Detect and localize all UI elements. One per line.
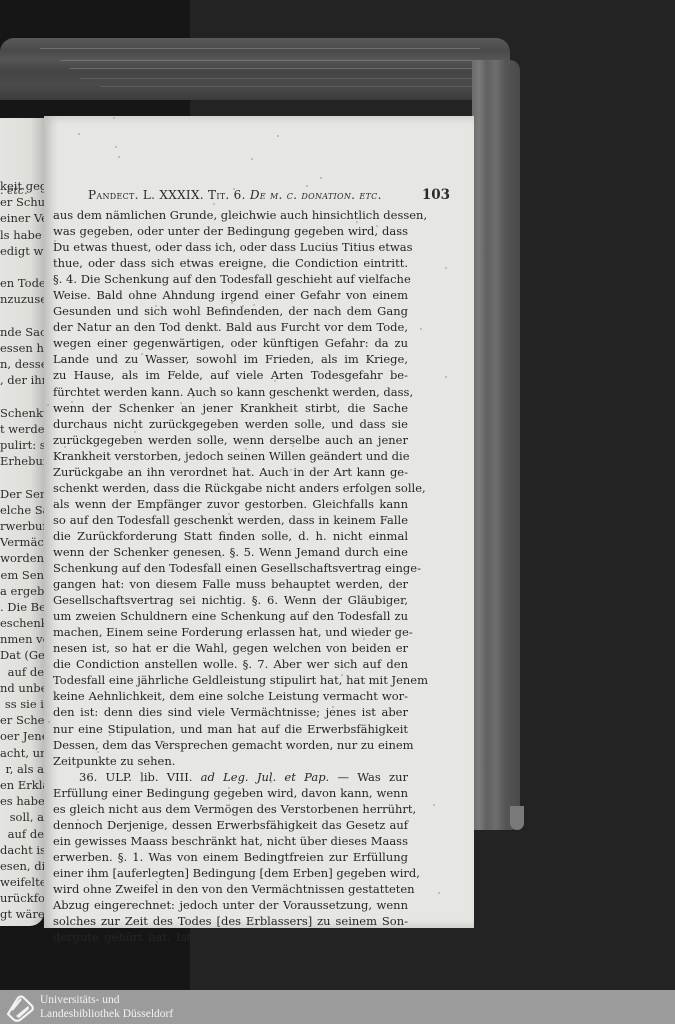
left-text-line: auf de: [0, 664, 44, 680]
page-number: 103: [422, 187, 450, 203]
text-line: machen, Einem seine Forderung erlassen h…: [53, 624, 408, 640]
text-line: fürchtet werden kann. Auch so kann gesch…: [53, 384, 408, 400]
left-text-line: t werde: [0, 421, 44, 437]
paper-speck: [405, 891, 407, 893]
left-text-line: keit gege: [0, 178, 44, 194]
library-footer-bar: Universitäts- und Landesbibliothek Düsse…: [0, 990, 675, 1024]
paper-speck: [71, 401, 73, 403]
left-text-line: auf de: [0, 826, 44, 842]
left-text-line: es habe: [0, 793, 44, 809]
paper-speck: [250, 565, 252, 567]
paper-speck: [326, 341, 328, 343]
text-line: Krankheit verstorben, jedoch seinen Will…: [53, 448, 408, 464]
left-text-line: em Sen: [0, 567, 44, 583]
text-line: Todesfall eine jährliche Geldleistung st…: [53, 672, 408, 688]
text-line: solches zur Zeit des Todes [des Erblasse…: [53, 913, 408, 929]
paper-speck: [420, 328, 422, 330]
paper-speck: [332, 706, 334, 708]
left-page-text: keit gegeer Schuldeiner Verls habe eedig…: [0, 178, 44, 923]
left-text-line: , der ihm: [0, 372, 44, 388]
text-line: es gleich nicht aus dem Vermögen des Ver…: [53, 801, 408, 817]
text-line: wenn der Schenker an jener Krankheit sti…: [53, 400, 408, 416]
paper-speck: [97, 751, 99, 753]
paper-speck: [270, 781, 272, 783]
text-line: Gesellschaftsvertrag sei nichtig. §. 6. …: [53, 592, 408, 608]
paper-speck: [277, 135, 279, 137]
text-line: dergute gehört hat. Ist dasselbe hingege…: [53, 929, 408, 945]
paper-speck: [445, 267, 447, 269]
left-text-line: [0, 388, 44, 404]
text-line: ein gewisses Maass beschränkt hat, nicht…: [53, 833, 408, 849]
text-line: aus dem nämlichen Grunde, gleichwie auch…: [53, 207, 408, 223]
text-line: nesen ist, so hat er die Wahl, gegen wel…: [53, 640, 408, 656]
text-line: als wenn der Empfänger zuvor gestorben. …: [53, 496, 408, 512]
left-text-line: a ergebe: [0, 583, 44, 599]
left-text-line: en Erklä: [0, 777, 44, 793]
left-text-line: pulirt: s: [0, 437, 44, 453]
left-text-line: nzuzusehe: [0, 291, 44, 307]
text-line: Du etwas thuest, oder dass ich, oder das…: [53, 239, 408, 255]
text-line: Weise. Bald ohne Ahndung irgend einer Ge…: [53, 287, 408, 303]
text-line: Gesunden und sich wohl Befindenden, der …: [53, 303, 408, 319]
text-line: schenkt werden, dass die Rückgabe nicht …: [53, 480, 408, 496]
ulb-book-logo-icon: [2, 990, 36, 1024]
left-text-line: . Die Be: [0, 599, 44, 615]
text-line: Zeitpunkte zu sehen.: [53, 753, 408, 769]
text-line: zu Hause, als im Felde, auf viele Arten …: [53, 367, 408, 383]
left-text-line: soll, a: [0, 809, 44, 825]
left-text-line: ss sie i: [0, 696, 44, 712]
text-line: wenn der Schenker genesen. §. 5. Wenn Je…: [53, 544, 408, 560]
paper-speck: [330, 634, 332, 636]
paper-speck: [115, 146, 117, 148]
left-text-line: elche Sa: [0, 502, 44, 518]
left-text-line: worden: [0, 550, 44, 566]
text-line: thue, oder dass sich etwas ereigne, die …: [53, 255, 408, 271]
left-text-line: er Schuld: [0, 194, 44, 210]
right-page: Pandect. L. XXXIX. Tit. 6. De m. c. dona…: [44, 116, 474, 928]
text-line: 36. ULP. lib. VIII. ad Leg. Jul. et Pap.…: [53, 769, 408, 785]
text-line: so auf den Todesfall geschenkt werden, d…: [53, 512, 408, 528]
paper-speck: [141, 353, 143, 355]
text-line: wegen einer gegenwärtigen, oder künftige…: [53, 335, 408, 351]
text-line: Zurückgabe an ihn verordnet hat. Auch in…: [53, 464, 408, 480]
paper-speck: [433, 804, 435, 806]
paper-speck: [213, 203, 215, 205]
book-fore-edge: [472, 60, 520, 830]
paper-speck: [78, 133, 80, 135]
text-line: wird ohne Zweifel in den von den Vermäch…: [53, 881, 408, 897]
left-text-line: acht, un: [0, 745, 44, 761]
paper-speck: [47, 404, 49, 406]
left-text-line: ls habe e: [0, 227, 44, 243]
book-top-edge: [0, 38, 510, 100]
paper-speck: [64, 446, 66, 448]
library-name: Universitäts- und Landesbibliothek Düsse…: [40, 993, 173, 1021]
paper-speck: [320, 177, 322, 179]
left-text-line: urückfor: [0, 890, 44, 906]
text-line: einer ihm [auferlegten] Bedingung [dem E…: [53, 865, 408, 881]
left-text-line: n, desse: [0, 356, 44, 372]
left-text-line: Der Sem: [0, 486, 44, 502]
text-line: die Condiction anstellen wolle. §. 7. Ab…: [53, 656, 408, 672]
left-text-line: er Schen: [0, 712, 44, 728]
paper-speck: [251, 158, 253, 160]
text-line: was gegeben, oder unter der Bedingung ge…: [53, 223, 408, 239]
text-line: Dessen, dem das Versprechen gemacht word…: [53, 737, 408, 753]
left-text-line: r, als a: [0, 761, 44, 777]
text-line: die Zurückforderung Statt finden solle, …: [53, 528, 408, 544]
text-line: den ist: denn dies sind viele Vermächtni…: [53, 704, 408, 720]
text-line: Lande und zu Wasser, sowohl im Frieden, …: [53, 351, 408, 367]
paper-speck: [292, 445, 294, 447]
left-text-line: en Toder: [0, 275, 44, 291]
text-line: zurückgegeben werden solle, wenn derselb…: [53, 432, 408, 448]
paper-speck: [192, 396, 194, 398]
left-text-line: nde Sach: [0, 324, 44, 340]
text-line: dennoch Derjenige, dessen Erwerbsfähigke…: [53, 817, 408, 833]
left-text-line: Schenkun: [0, 405, 44, 421]
text-line: um zweien Schuldnern eine Schenkung auf …: [53, 608, 408, 624]
left-text-line: gt wäre: [0, 906, 44, 922]
left-text-line: einer Ver: [0, 210, 44, 226]
left-text-line: Vermächt: [0, 534, 44, 550]
text-line: der Natur an den Tod denkt. Bald aus Fur…: [53, 319, 408, 335]
left-text-line: weifelte: [0, 874, 44, 890]
left-text-line: Erhebun: [0, 453, 44, 469]
text-line: keine Aehnlichkeit, dem eine solche Leis…: [53, 688, 408, 704]
paper-speck: [242, 305, 244, 307]
left-text-line: [0, 259, 44, 275]
left-text-line: nmen vo: [0, 631, 44, 647]
left-text-line: essen ha: [0, 340, 44, 356]
left-text-line: Dat (Ge: [0, 647, 44, 663]
left-page-fragment: . etc. keit gegeer Schuldeiner Verls hab…: [0, 118, 44, 926]
running-head: Pandect. L. XXXIX. Tit. 6. De m. c. dona…: [88, 187, 450, 203]
text-line: Abzug eingerechnet: jedoch unter der Vor…: [53, 897, 408, 913]
text-line: durchaus nicht zurückgegeben werden soll…: [53, 416, 408, 432]
left-text-line: oer Jene: [0, 728, 44, 744]
paper-speck: [438, 892, 440, 894]
left-text-line: [0, 308, 44, 324]
left-text-line: edigt we: [0, 243, 44, 259]
running-head-title: Pandect. L. XXXIX. Tit. 6. De m. c. dona…: [88, 188, 382, 202]
paper-speck: [109, 734, 111, 736]
left-text-line: dacht is: [0, 842, 44, 858]
paper-speck: [228, 513, 230, 515]
left-text-line: rwerbun: [0, 518, 44, 534]
text-line: Schenkung auf den Todesfall einen Gesell…: [53, 560, 408, 576]
paper-speck: [290, 469, 292, 471]
text-line: gangen hat: von diesem Falle muss behaup…: [53, 576, 408, 592]
page-body-text: aus dem nämlichen Grunde, gleichwie auch…: [53, 207, 408, 945]
left-text-line: nd unbe: [0, 680, 44, 696]
paper-speck: [180, 402, 182, 404]
paper-speck: [54, 240, 56, 242]
paper-speck: [245, 448, 247, 450]
paper-speck: [236, 814, 238, 816]
left-text-line: eschenk: [0, 615, 44, 631]
text-line: erwerben. §. 1. Was von einem Bedingtfre…: [53, 849, 408, 865]
text-line: Erfüllung einer Bedingung gegeben wird, …: [53, 785, 408, 801]
paper-speck: [118, 156, 120, 158]
text-line: §. 4. Die Schenkung auf den Todesfall ge…: [53, 271, 408, 287]
paper-speck: [48, 721, 50, 723]
left-text-line: esen, di: [0, 858, 44, 874]
paper-speck: [113, 117, 115, 119]
paper-speck: [445, 376, 447, 378]
text-line: nur eine Stipulation, und man hat auf di…: [53, 721, 408, 737]
left-text-line: [0, 469, 44, 485]
